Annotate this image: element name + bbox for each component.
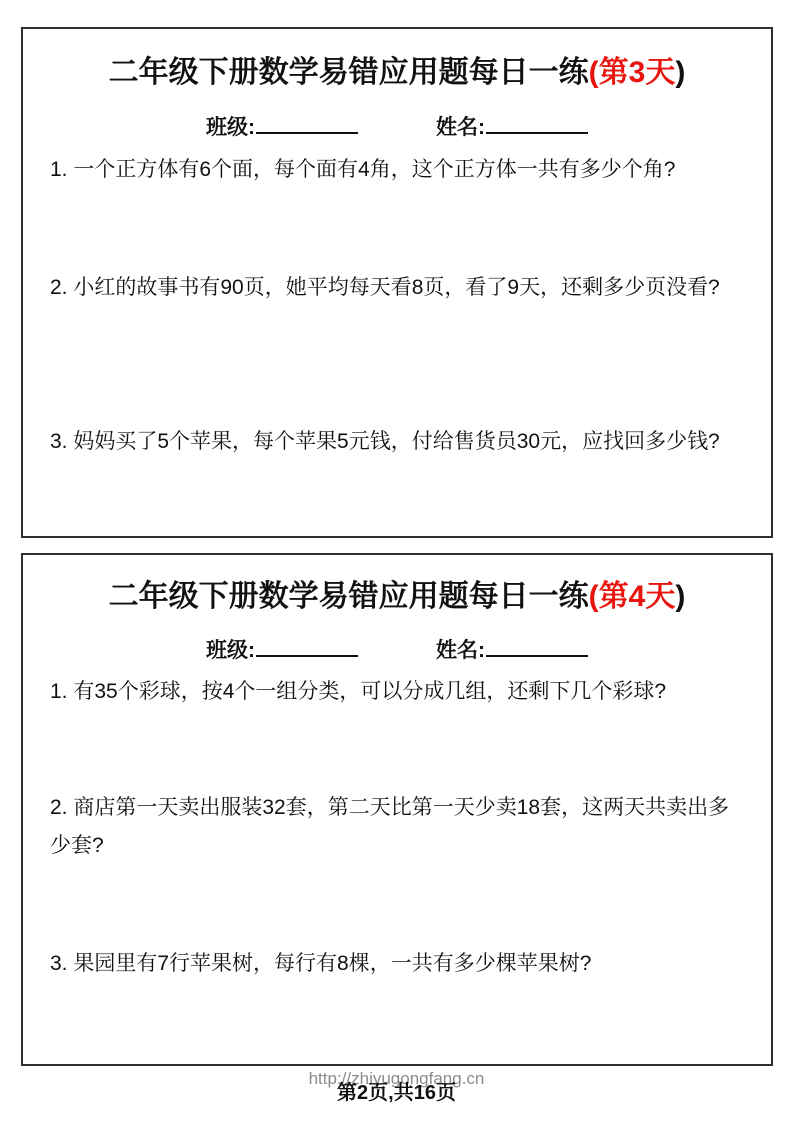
- name-label: 姓名:: [436, 116, 485, 139]
- name-field: 姓名:: [436, 116, 588, 139]
- question-item-1: 1. 有35个彩球，按4个一组分类，可以分成几组，还剩下几个彩球?: [50, 673, 748, 711]
- name-label: 姓名:: [436, 639, 485, 662]
- question-item-3: 3. 果园里有7行苹果树，每行有8棵，一共有多少棵苹果树?: [50, 945, 748, 983]
- worksheet-box-day4: 二年级下册数学易错应用题每日一练(第4天) 班级:姓名: 1. 有35个彩球，按…: [21, 553, 773, 1066]
- question-item-2: 2. 小红的故事书有90页，她平均每天看8页，看了9天，还剩多少页没看?: [50, 269, 748, 307]
- class-label: 班级:: [206, 116, 255, 139]
- class-label: 班级:: [206, 639, 255, 662]
- title-prefix: 二年级下册数学易错应用题每日一练: [109, 580, 589, 613]
- class-blank-line: [256, 636, 358, 657]
- name-field: 姓名:: [436, 639, 588, 662]
- title-closing-paren: ): [675, 56, 685, 89]
- title-prefix: 二年级下册数学易错应用题每日一练: [109, 56, 589, 89]
- footer-page-indicator: 第2页,共16页: [0, 1081, 793, 1105]
- worksheet-title-day3: 二年级下册数学易错应用题每日一练(第3天): [23, 53, 771, 92]
- name-blank-line: [486, 113, 588, 134]
- worksheet-title-day4: 二年级下册数学易错应用题每日一练(第4天): [23, 577, 771, 616]
- worksheet-box-day3: 二年级下册数学易错应用题每日一练(第3天) 班级:姓名: 1. 一个正方体有6个…: [21, 27, 773, 538]
- student-id-line: 班级:姓名:: [23, 111, 771, 141]
- title-closing-paren: ): [675, 580, 685, 613]
- class-field: 班级:: [206, 639, 358, 662]
- class-field: 班级:: [206, 116, 358, 139]
- title-day-highlight: (第4天: [589, 580, 676, 613]
- student-id-line: 班级:姓名:: [23, 634, 771, 664]
- title-day-highlight: (第3天: [589, 56, 676, 89]
- question-item-1: 1. 一个正方体有6个面，每个面有4角，这个正方体一共有多少个角?: [50, 151, 748, 189]
- question-item-2: 2. 商店第一天卖出服装32套，第二天比第一天少卖18套，这两天共卖出多少套?: [50, 789, 742, 865]
- name-blank-line: [486, 636, 588, 657]
- class-blank-line: [256, 113, 358, 134]
- question-item-3: 3. 妈妈买了5个苹果，每个苹果5元钱，付给售货员30元，应找回多少钱?: [50, 423, 748, 461]
